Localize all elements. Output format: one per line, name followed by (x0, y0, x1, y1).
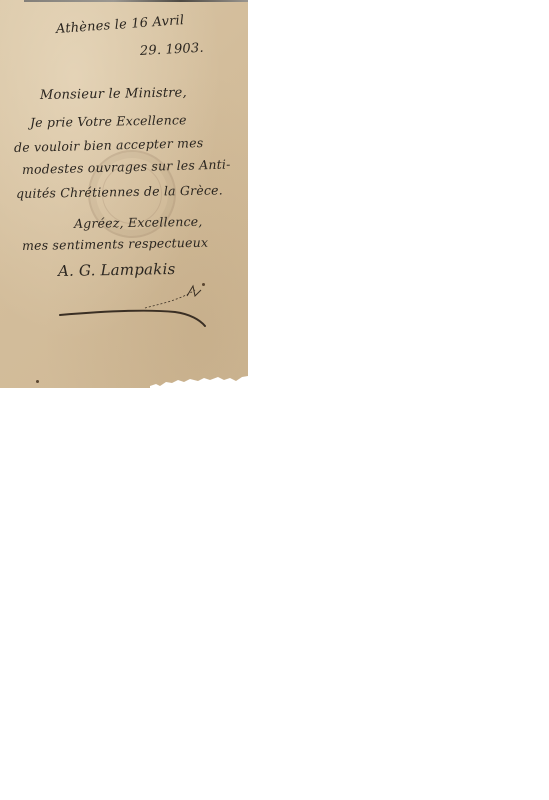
letter-date: 29. 1903. (140, 41, 205, 59)
paper-speck (202, 283, 205, 286)
letter-scan: Athènes le 16 Avril 29. 1903. Monsieur l… (0, 0, 248, 388)
torn-paper-edge (150, 374, 248, 388)
letter-salutation: Monsieur le Ministre, (40, 85, 187, 103)
letter-place: Athènes le 16 Avril (55, 13, 184, 37)
letter-body-line: de vouloir bien accepter mes (14, 135, 204, 155)
letter-closing: Agréez, Excellence, (74, 214, 203, 231)
letter-body-line: modestes ouvrages sur les Anti- (22, 157, 231, 177)
signature-flourish (55, 282, 215, 332)
letter-closing: mes sentiments respectueux (22, 235, 208, 253)
letter-signature: A. G. Lampakis (58, 260, 176, 280)
paper-speck (36, 380, 39, 383)
scan-top-edge (24, 0, 248, 2)
letter-body-line: Je prie Votre Excellence (30, 112, 187, 130)
letter-body-line: quités Chrétiennes de la Grèce. (16, 182, 223, 201)
